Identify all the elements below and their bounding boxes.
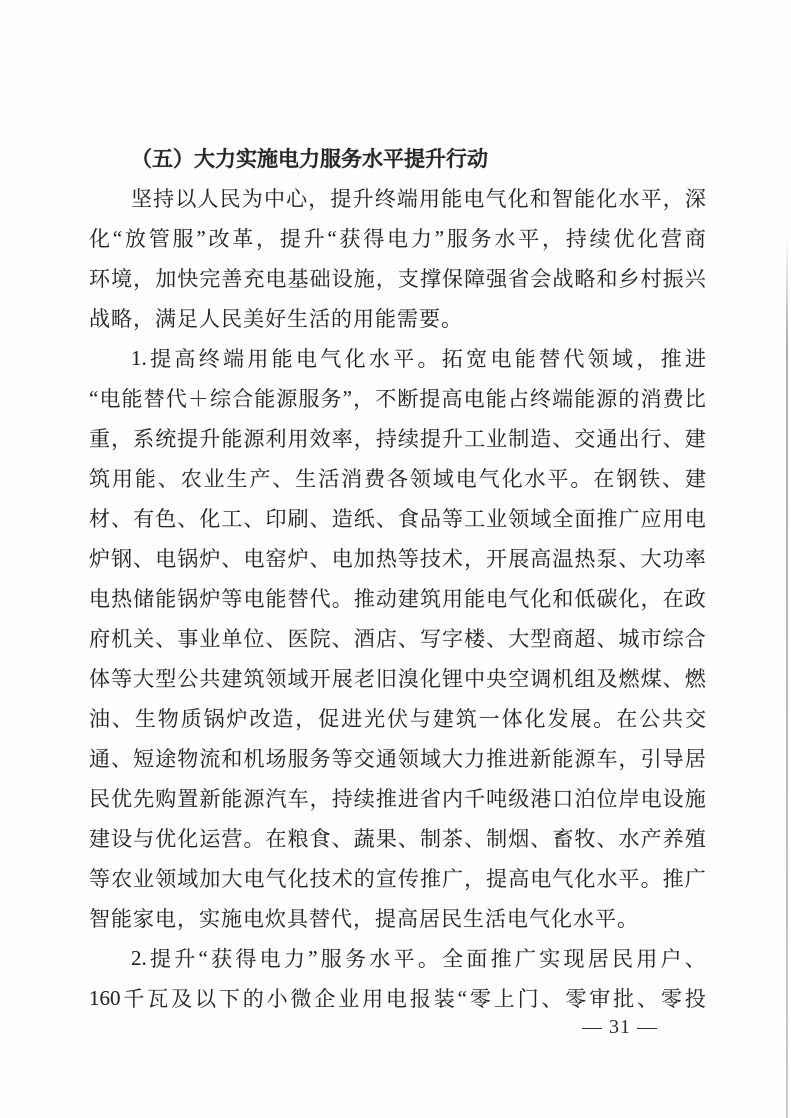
text-line-intro: 坚持以人民为中心，提升终端用能电气化和智能化水平，深 — [89, 178, 706, 218]
text-line-item-2: 160千瓦及以下的小微企业用电报装“零上门、零审批、零投 — [89, 978, 706, 1018]
text-line-intro: 环境，加快完善充电基础设施，支撑保障强省会战略和乡村振兴 — [89, 258, 706, 298]
text-line-item-1: “电能替代＋综合能源服务”，不断提高电能占终端能源的消费比 — [89, 378, 706, 418]
text-line-item-1: 炉钢、电锅炉、电窑炉、电加热等技术，开展高温热泵、大功率 — [89, 538, 706, 578]
section-heading: （五）大力实施电力服务水平提升行动 — [89, 138, 706, 178]
document-page: （五）大力实施电力服务水平提升行动坚持以人民为中心，提升终端用能电气化和智能化水… — [0, 0, 791, 1118]
text-line-item-2: 2.提升“获得电力”服务水平。全面推广实现居民用户、 — [89, 938, 706, 978]
text-line-item-1: 等农业领域加大电气化技术的宣传推广，提高电气化水平。推广 — [89, 858, 706, 898]
text-line-item-1: 通、短途物流和机场服务等交通领域大力推进新能源车，引导居 — [89, 738, 706, 778]
text-line-item-1: 1.提高终端用能电气化水平。拓宽电能替代领域，推进 — [89, 338, 706, 378]
page-number: — 31 — — [565, 1014, 675, 1040]
text-line-item-1: 府机关、事业单位、医院、酒店、写字楼、大型商超、城市综合 — [89, 618, 706, 658]
text-line-item-1: 智能家电，实施电炊具替代，提高居民生活电气化水平。 — [89, 898, 706, 938]
text-line-intro: 战略，满足人民美好生活的用能需要。 — [89, 298, 706, 338]
text-line-item-1: 体等大型公共建筑领域开展老旧溴化锂中央空调机组及燃煤、燃 — [89, 658, 706, 698]
text-line-item-1: 民优先购置新能源汽车，持续推进省内千吨级港口泊位岸电设施 — [89, 778, 706, 818]
text-line-item-1: 材、有色、化工、印刷、造纸、食品等工业领域全面推广应用电 — [89, 498, 706, 538]
text-line-item-1: 电热储能锅炉等电能替代。推动建筑用能电气化和低碳化，在政 — [89, 578, 706, 618]
text-line-item-1: 重，系统提升能源利用效率，持续提升工业制造、交通出行、建 — [89, 418, 706, 458]
text-block: （五）大力实施电力服务水平提升行动坚持以人民为中心，提升终端用能电气化和智能化水… — [89, 138, 706, 1018]
text-line-item-1: 建设与优化运营。在粮食、蔬果、制茶、制烟、畜牧、水产养殖 — [89, 818, 706, 858]
text-line-intro: 化“放管服”改革，提升“获得电力”服务水平，持续优化营商 — [89, 218, 706, 258]
scan-edge-artifact — [786, 235, 788, 1118]
text-line-item-1: 筑用能、农业生产、生活消费各领域电气化水平。在钢铁、建 — [89, 458, 706, 498]
text-line-item-1: 油、生物质锅炉改造，促进光伏与建筑一体化发展。在公共交 — [89, 698, 706, 738]
